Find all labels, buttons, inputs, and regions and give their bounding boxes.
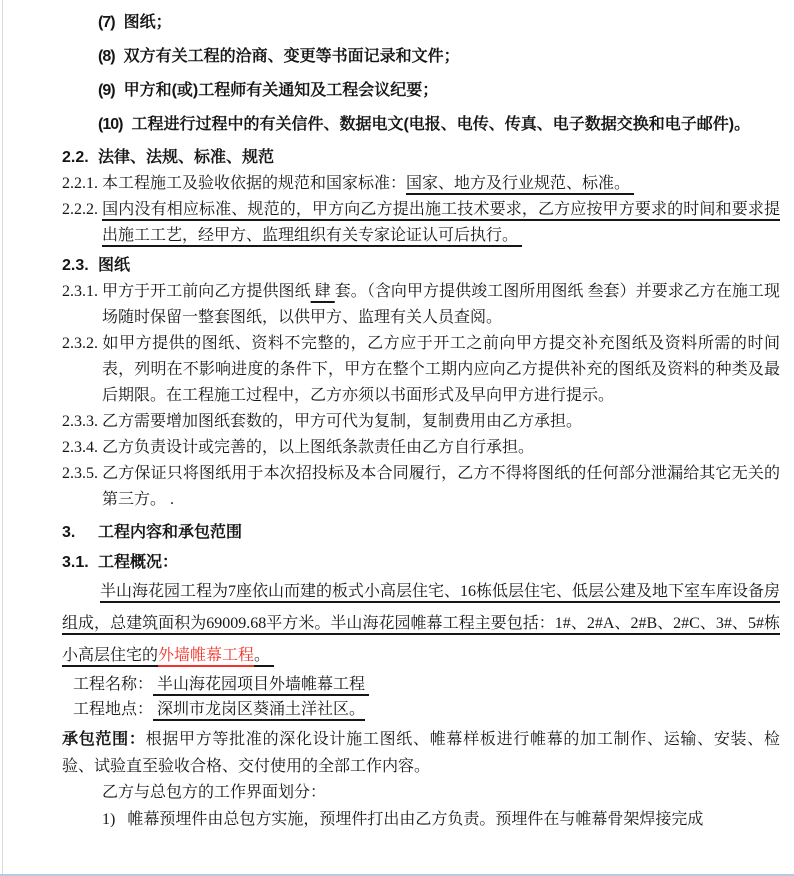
list-item-10: (10)工程进行过程中的有关信件、数据电文(电报、电传、传真、电子数据交换和电子… [78,110,780,140]
project-location-line: 工程地点： 深圳市龙岗区葵涌土洋社区。 [73,697,780,722]
clause-2-3-5: 2.3.5.乙方保证只将图纸用于本次招投标及本合同履行，乙方不得将图纸的任何部分… [62,461,780,513]
text-run: 帷幕预埋件由总包方实施，预埋件打出由乙方负责。预埋件在与帷幕骨架焊接完成 [127,811,703,828]
text-run: 工程概况： [98,554,178,571]
text-run: 法律、法规、标准、规范 [98,149,274,166]
text-run: 根据甲方等批准的深化设计施工图纸、帷幕样板进行帷幕的加工制作、运输、安装、检验、… [62,731,780,775]
clause-number: 2.2.2. [62,197,102,223]
clause-2-3-2: 2.3.2.如甲方提供的图纸、资料不完整的，乙方应于开工之前向甲方提交补充图纸及… [62,331,780,409]
text-run: 图纸； [124,14,172,31]
text-run: 国内没有相应标准、规范的，甲方向乙方提出施工技术要求，乙方应按甲方要求的时间和要… [102,201,780,244]
text-run: 工程进行过程中的有关信件、数据电文(电报、电传、传真、电子数据交换和电子邮件)。 [131,116,750,133]
clause-2-2-2: 2.2.2.国内没有相应标准、规范的，甲方向乙方提出施工技术要求，乙方应按甲方要… [62,197,780,249]
heading-2-2: 2.2.法律、法规、标准、规范 [62,144,780,171]
clause-2-2-1: 2.2.1.本工程施工及验收依据的规范和国家标准：国家、地方及行业规范、标准。 [62,171,780,197]
text-run: 半山海花园项目外墙帷幕工程 [153,676,369,693]
text-run: 本工程施工及验收依据的规范和国家标准： [102,175,406,192]
text-run: 承包范围： [62,731,146,748]
clause-number: 3.1. [62,549,98,576]
text-run: 甲方于开工前向乙方提供图纸 [102,283,311,300]
text-run: 国家、地方及行业规范、标准。 [406,175,634,192]
clause-number: 2.2.1. [62,171,102,197]
text-run: 甲方和(或)工程师有关通知及工程会议纪要； [124,82,439,99]
clause-2-3-3: 2.3.3.乙方需要增加图纸套数的，甲方可代为复制，复制费用由乙方承担。 [62,409,780,435]
list-item-8: (8)双方有关工程的洽商、变更等书面记录和文件； [78,42,780,72]
clause-2-3-4: 2.3.4.乙方负责设计或完善的，以上图纸条款责任由乙方自行承担。 [62,435,780,461]
text-run: 图纸 [98,257,130,274]
text-run: 乙方需要增加图纸套数的，甲方可代为复制，复制费用由乙方承担。 [102,413,582,430]
text-run: 工程内容和承包范围 [98,524,242,541]
clause-number: 1) [102,811,115,828]
clause-number: 2.2. [62,144,98,171]
project-name-line: 工程名称： 半山海花园项目外墙帷幕工程 [73,672,780,697]
clause-number: (10) [98,116,122,133]
text-run: 双方有关工程的洽商、变更等书面记录和文件； [124,48,460,65]
clause-number: 2.3. [62,252,98,279]
heading-2-3: 2.3.图纸 [62,252,780,279]
clause-number: (8) [98,48,115,65]
text-run: 乙方保证只将图纸用于本次招投标及本合同履行，乙方不得将图纸的任何部分泄漏给其它无… [102,465,780,508]
text-run: 肆 [311,283,335,300]
text-run: 乙方与总包方的工作界面划分： [102,784,326,801]
clause-number: (9) [98,82,115,99]
clause-number: 3. [62,519,98,546]
text-run: 工程名称： [73,676,153,693]
text-run: 。 [254,647,274,664]
clause-number: (7) [98,14,115,31]
list-item-7: (7)图纸； [78,8,780,38]
clause-number: 2.3.4. [62,435,102,461]
clause-number: 2.3.1. [62,279,102,305]
highlight-red-text: 外墙帷幕工程 [158,647,254,664]
text-run: 乙方负责设计或完善的，以上图纸条款责任由乙方自行承担。 [102,439,534,456]
clause-number: 2.3.3. [62,409,102,435]
heading-3-1: 3.1.工程概况： [62,549,780,576]
clause-2-3-1: 2.3.1.甲方于开工前向乙方提供图纸 肆 套。（含向甲方提供竣工图所用图纸 叁… [62,279,780,331]
scope-paragraph: 承包范围：根据甲方等批准的深化设计施工图纸、帷幕样板进行帷幕的加工制作、运输、安… [62,726,780,780]
interface-division-line: 乙方与总包方的工作界面划分： [62,780,780,806]
text-run: 如甲方提供的图纸、资料不完整的，乙方应于开工之前向甲方提交补充图纸及资料所需的时… [102,335,780,404]
document-page: (7)图纸；(8)双方有关工程的洽商、变更等书面记录和文件；(9)甲方和(或)工… [0,0,794,876]
list-item-9: (9)甲方和(或)工程师有关通知及工程会议纪要； [78,76,780,106]
sub-item-1: 1)帷幕预埋件由总包方实施，预埋件打出由乙方负责。预埋件在与帷幕骨架焊接完成 [62,806,780,833]
text-run: 工程地点： [73,701,153,718]
clause-number: 2.3.2. [62,331,102,357]
text-run: 深圳市龙岗区葵涌土洋社区。 [153,701,365,718]
clause-number: 2.3.5. [62,461,102,487]
heading-3: 3.工程内容和承包范围 [62,519,780,546]
contract-text-body: (7)图纸；(8)双方有关工程的洽商、变更等书面记录和文件；(9)甲方和(或)工… [0,0,794,833]
project-overview-paragraph: 半山海花园工程为7座依山而建的板式小高层住宅、16栋低层住宅、低层公建及地下室车… [62,576,780,672]
